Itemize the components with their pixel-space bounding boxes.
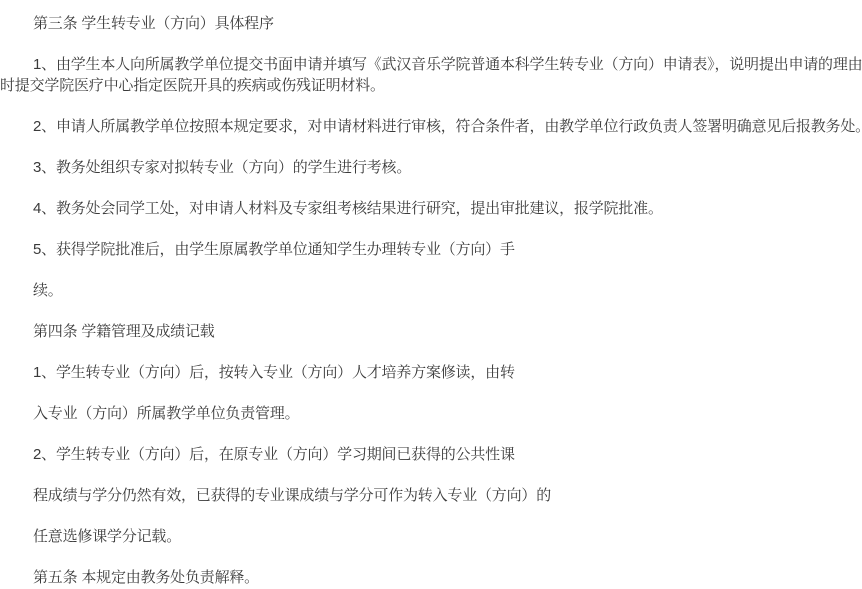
article-4-item-2-continuation-1-text: 程成绩与学分仍然有效，已获得的专业课成绩与学分可作为转入专业（方向）的 (0, 485, 852, 506)
article-3-item-3-text: 3、教务处组织专家对拟转专业（方向）的学生进行考核。 (0, 157, 852, 178)
article-4-item-2-continuation-2: 任意选修课学分记载。 (0, 526, 852, 547)
article-3-item-5-continuation: 续。 (0, 280, 852, 301)
article-4-item-2-continuation-1: 程成绩与学分仍然有效，已获得的专业课成绩与学分可作为转入专业（方向）的 (0, 485, 852, 506)
article-5-heading-text: 第五条 本规定由教务处负责解释。 (0, 567, 852, 588)
article-4-heading-text: 第四条 学籍管理及成绩记载 (0, 321, 852, 342)
article-3-item-4-text: 4、教务处会同学工处，对申请人材料及专家组考核结果进行研究，提出审批建议，报学院… (0, 198, 852, 219)
document-body: 第三条 学生转专业（方向）具体程序 1、由学生本人向所属教学单位提交书面申请并填… (0, 0, 862, 588)
article-3-heading: 第三条 学生转专业（方向）具体程序 (0, 13, 852, 34)
article-4-item-1-continuation: 入专业（方向）所属教学单位负责管理。 (0, 403, 852, 424)
article-4-item-2-continuation-2-text: 任意选修课学分记载。 (0, 526, 852, 547)
article-3-item-1-line-1: 1、由学生本人向所属教学单位提交书面申请并填写《武汉音乐学院普通本科学生转专业（… (0, 54, 852, 75)
article-3-item-3: 3、教务处组织专家对拟转专业（方向）的学生进行考核。 (0, 157, 852, 178)
article-3-item-5: 5、获得学院批准后，由学生原属教学单位通知学生办理转专业（方向）手 (0, 239, 852, 260)
article-5-heading: 第五条 本规定由教务处负责解释。 (0, 567, 852, 588)
article-4-item-1-continuation-text: 入专业（方向）所属教学单位负责管理。 (0, 403, 852, 424)
article-3-heading-text: 第三条 学生转专业（方向）具体程序 (0, 13, 852, 34)
article-4-item-1: 1、学生转专业（方向）后，按转入专业（方向）人才培养方案修读，由转 (0, 362, 852, 383)
article-3-item-4: 4、教务处会同学工处，对申请人材料及专家组考核结果进行研究，提出审批建议，报学院… (0, 198, 852, 219)
article-4-item-2: 2、学生转专业（方向）后，在原专业（方向）学习期间已获得的公共性课 (0, 444, 852, 465)
article-3-item-2-text: 2、申请人所属教学单位按照本规定要求，对申请材料进行审核，符合条件者，由教学单位… (0, 116, 852, 137)
article-3-item-2: 2、申请人所属教学单位按照本规定要求，对申请材料进行审核，符合条件者，由教学单位… (0, 116, 852, 137)
article-3-item-1-line-2: 时提交学院医疗中心指定医院开具的疾病或伤残证明材料。 (0, 75, 852, 96)
article-4-item-2-text: 2、学生转专业（方向）后，在原专业（方向）学习期间已获得的公共性课 (0, 444, 852, 465)
article-4-item-1-text: 1、学生转专业（方向）后，按转入专业（方向）人才培养方案修读，由转 (0, 362, 852, 383)
article-3-item-5-continuation-text: 续。 (0, 280, 852, 301)
article-4-heading: 第四条 学籍管理及成绩记载 (0, 321, 852, 342)
article-3-item-5-text: 5、获得学院批准后，由学生原属教学单位通知学生办理转专业（方向）手 (0, 239, 852, 260)
article-3-item-1: 1、由学生本人向所属教学单位提交书面申请并填写《武汉音乐学院普通本科学生转专业（… (0, 54, 852, 96)
